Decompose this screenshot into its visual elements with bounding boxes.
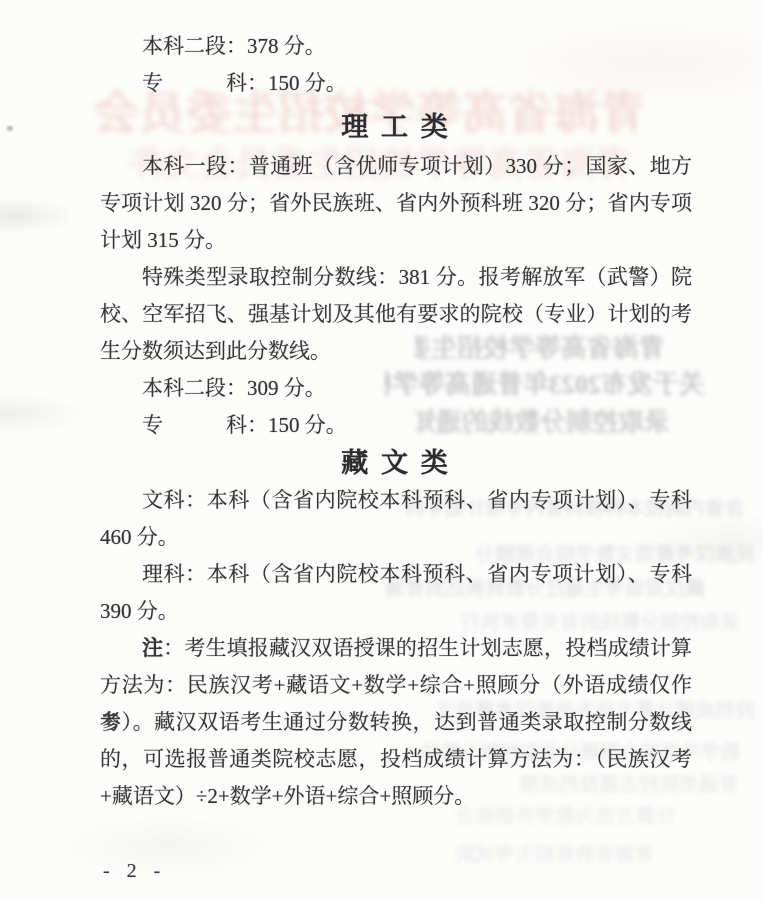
note-first-line: 注：考生填报藏汉双语授课的招生计划志愿，投档成绩计算	[100, 630, 692, 667]
section-heading-zangwen: 藏 文 类	[100, 444, 692, 482]
page-number: - 2 -	[103, 860, 166, 883]
score-line-benke2-wenshi: 本科二段：378 分。	[100, 28, 692, 65]
ligong-para1-line: 计划 315 分。	[100, 222, 692, 259]
bleedthrough-body-row: 青海省教育招生考试院	[420, 838, 690, 867]
note-line-text: ：考生填报藏汉双语授课的招生计划志愿，投档成绩计算	[163, 636, 692, 660]
scan-artifact-speck	[7, 126, 13, 131]
note-line: +藏语文）÷2+数学+外语+综合+照顾分。	[100, 778, 692, 815]
zangwen-wenke-line: 460 分。	[100, 519, 692, 556]
score-line-benke2-ligong: 本科二段：309 分。	[100, 370, 692, 407]
score-line-zhuanke-ligong: 专 科：150 分。	[100, 407, 692, 444]
ligong-para2-line: 生分数须达到此分数线。	[100, 333, 692, 370]
zangwen-like-line: 理科：本科（含省内院校本科预科、省内专项计划）、专科	[100, 556, 692, 593]
ligong-para2-line: 校、空军招飞、强基计划及其他有要求的院校（专业）计划的考	[100, 296, 692, 333]
zangwen-like-line: 390 分。	[100, 593, 692, 630]
section-heading-ligong: 理 工 类	[100, 106, 692, 148]
score-line-zhuanke-wenshi: 专 科：150 分。	[100, 65, 692, 102]
note-label: 注	[142, 636, 163, 660]
scanned-document-page: 青海省高等学校招生委员会 青海省高等学校招生委员会文件 青海省高等学校招生委员会…	[0, 0, 763, 900]
note-line: 方法为：民族汉考+藏语文+数学+综合+照顾分（外语成绩仅作参	[100, 667, 692, 704]
ligong-para1-line: 本科一段：普通班（含优师专项计划）330 分；国家、地方	[100, 148, 692, 185]
note-line: 考）。藏汉双语考生通过分数转换，达到普通类录取控制分数线	[100, 704, 692, 741]
zangwen-wenke-line: 文科：本科（含省内院校本科预科、省内专项计划）、专科	[100, 482, 692, 519]
ligong-para2-line: 特殊类型录取控制分数线：381 分。报考解放军（武警）院	[100, 259, 692, 296]
note-line: 的，可选报普通类院校志愿，投档成绩计算方法为：（民族汉考	[100, 741, 692, 778]
ligong-para1-line: 专项计划 320 分；省外民族班、省内外预科班 320 分；省内专项	[100, 185, 692, 222]
document-body: 本科二段：378 分。 专 科：150 分。 理 工 类 本科一段：普通班（含优…	[100, 0, 692, 815]
